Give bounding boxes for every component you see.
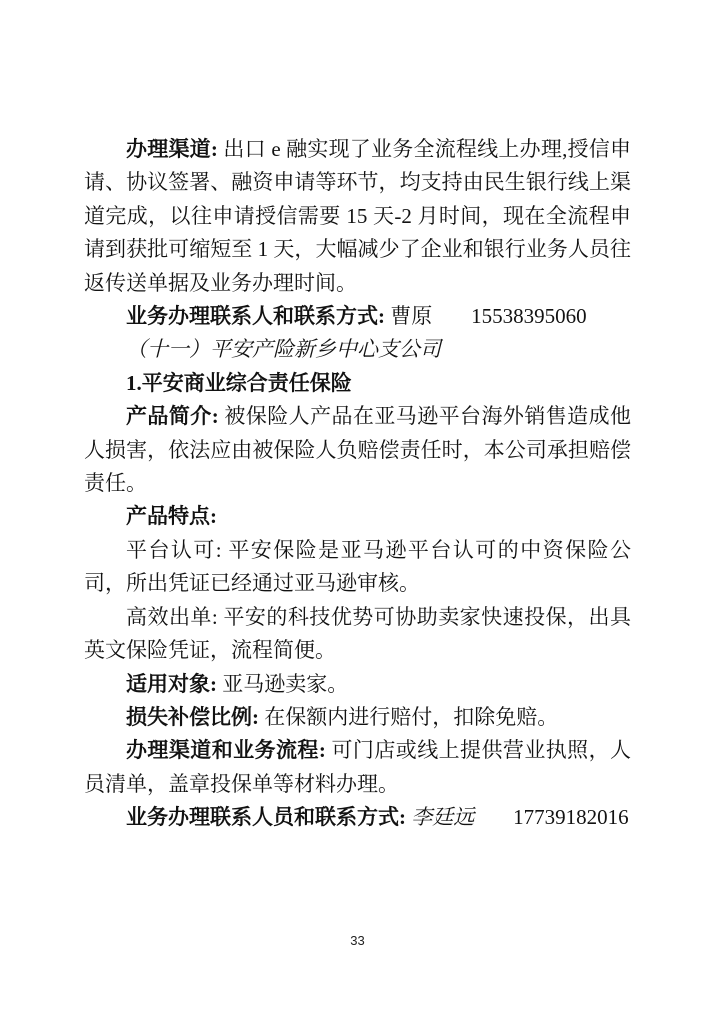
heading-product-features: 产品特点: — [84, 500, 631, 533]
para-label: 业务办理联系人员和联系方式: — [126, 805, 406, 829]
page-number: 33 — [0, 933, 715, 948]
contact-phone: 17739182016 — [513, 805, 629, 829]
para-target-users: 适用对象: 亚马逊卖家。 — [84, 668, 631, 701]
contact-name: 李廷远 — [411, 805, 474, 829]
para-contact-minsheng: 业务办理联系人和联系方式: 曹原 15538395060 — [84, 300, 631, 333]
heading-product-1: 1.平安商业综合责任保险 — [84, 367, 631, 400]
document-content: 办理渠道: 出口 e 融实现了业务全流程线上办理,授信申请、协议签署、融资申请等… — [84, 133, 631, 835]
para-label: 办理渠道: — [126, 137, 218, 161]
para-platform-recognition: 平台认可: 平安保险是亚马逊平台认可的中资保险公司，所出凭证已经通过亚马逊审核。 — [84, 534, 631, 601]
para-contact-pingan: 业务办理联系人员和联系方式: 李廷远 17739182016 — [84, 801, 631, 834]
para-label: 业务办理联系人和联系方式: — [126, 304, 385, 328]
contact-name: 曹原 — [390, 304, 432, 328]
para-compensation-ratio: 损失补偿比例: 在保额内进行赔付，扣除免赔。 — [84, 701, 631, 734]
document-page: 办理渠道: 出口 e 融实现了业务全流程线上办理,授信申请、协议签署、融资申请等… — [0, 0, 715, 1011]
contact-phone: 15538395060 — [471, 304, 587, 328]
para-label: 办理渠道和业务流程: — [126, 738, 326, 762]
heading-section-11: （十一）平安产险新乡中心支公司 — [84, 333, 631, 366]
para-label: 产品简介: — [126, 404, 219, 428]
para-efficient-issuance: 高效出单: 平安的科技优势可协助卖家快速投保，出具英文保险凭证，流程简便。 — [84, 601, 631, 668]
para-process: 办理渠道和业务流程: 可门店或线上提供营业执照，人员清单，盖章投保单等材料办理。 — [84, 734, 631, 801]
para-text: 亚马逊卖家。 — [222, 672, 348, 696]
para-product-intro: 产品简介: 被保险人产品在亚马逊平台海外销售造成他人损害，依法应由被保险人负赔偿… — [84, 400, 631, 500]
para-label: 损失补偿比例: — [126, 705, 259, 729]
para-banking-channel: 办理渠道: 出口 e 融实现了业务全流程线上办理,授信申请、协议签署、融资申请等… — [84, 133, 631, 300]
para-label: 适用对象: — [126, 672, 217, 696]
para-text: 在保额内进行赔付，扣除免赔。 — [264, 705, 558, 729]
